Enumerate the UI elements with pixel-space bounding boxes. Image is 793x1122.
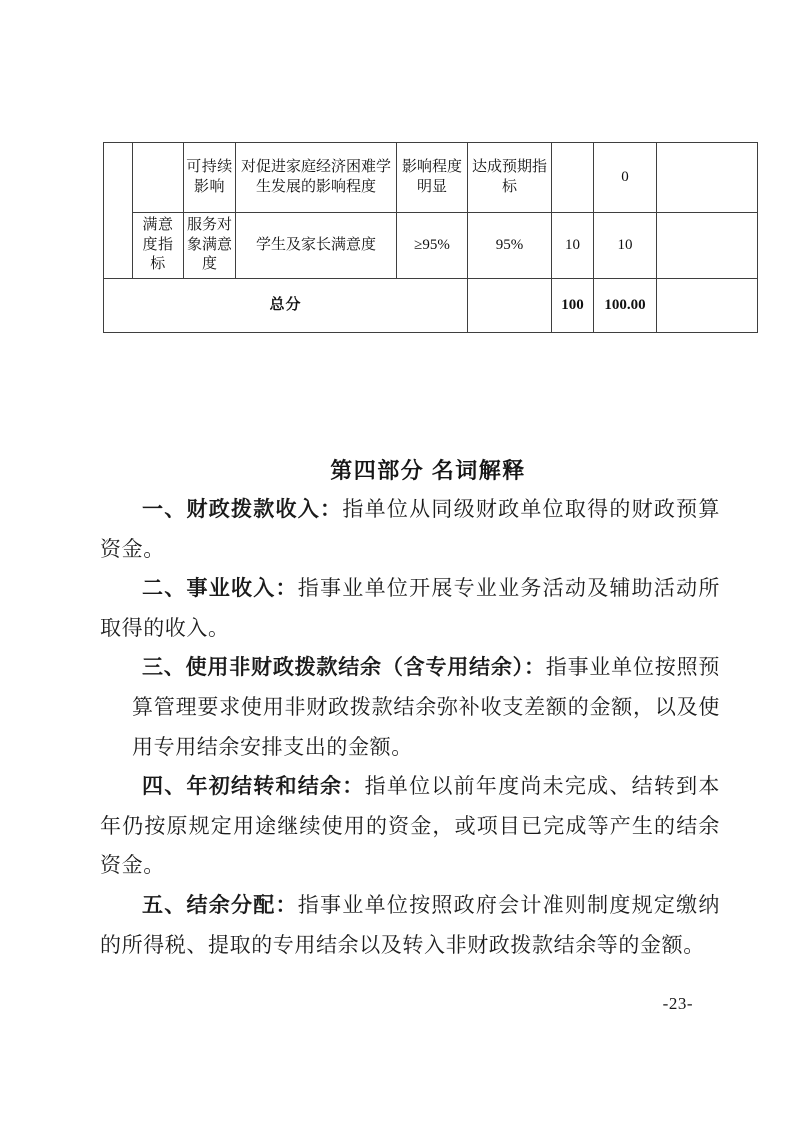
- cell-sustain-score: 0: [594, 143, 657, 213]
- cell-category-continuation: [104, 143, 133, 279]
- cell-total-weight: 100: [552, 279, 594, 333]
- cell-sustain-indicator: 可持续影响: [184, 143, 236, 213]
- cell-satisfaction-group: 满意度指标: [133, 213, 184, 279]
- cell-sustain-description: 对促进家庭经济困难学生发展的影响程度: [236, 143, 397, 213]
- table-row-total: 总分 100 100.00: [104, 279, 758, 333]
- term-4-label: 四、年初结转和结余：: [142, 774, 365, 798]
- term-2-label: 二、事业收入：: [142, 576, 298, 600]
- cell-sustain-weight-empty: [552, 143, 594, 213]
- cell-satisfaction-description: 学生及家长满意度: [236, 213, 397, 279]
- cell-group-empty: [133, 143, 184, 213]
- glossary-term-3: 三、使用非财政拨款结余（含专用结余）：指事业单位按照预算管理要求使用非财政拨款结…: [100, 648, 720, 767]
- cell-total-actual-empty: [468, 279, 552, 333]
- cell-satisfaction-indicator: 服务对象满意度: [184, 213, 236, 279]
- cell-satisfaction-target: ≥95%: [397, 213, 468, 279]
- glossary-term-4: 四、年初结转和结余：指单位以前年度尚未完成、结转到本年仍按原规定用途继续使用的资…: [100, 767, 720, 886]
- cell-sustain-actual: 达成预期指标: [468, 143, 552, 213]
- cell-total-note-empty: [657, 279, 758, 333]
- glossary-section-title: 第四部分 名词解释: [110, 454, 746, 485]
- cell-satisfaction-actual: 95%: [468, 213, 552, 279]
- document-page: 可持续影响 对促进家庭经济困难学生发展的影响程度 影响程度明显 达成预期指标 0…: [0, 0, 793, 1122]
- performance-score-table: 可持续影响 对促进家庭经济困难学生发展的影响程度 影响程度明显 达成预期指标 0…: [103, 142, 758, 333]
- cell-satisfaction-note-empty: [657, 213, 758, 279]
- table-row-satisfaction: 满意度指标 服务对象满意度 学生及家长满意度 ≥95% 95% 10 10: [104, 213, 758, 279]
- page-number: -23-: [663, 994, 693, 1014]
- cell-total-label: 总分: [104, 279, 468, 333]
- cell-total-score: 100.00: [594, 279, 657, 333]
- cell-satisfaction-score: 10: [594, 213, 657, 279]
- cell-sustain-target: 影响程度明显: [397, 143, 468, 213]
- glossary-term-5: 五、结余分配：指事业单位按照政府会计准则制度规定缴纳的所得税、提取的专用结余以及…: [100, 886, 720, 965]
- term-1-label: 一、财政拨款收入：: [142, 497, 342, 521]
- table-row-sustain: 可持续影响 对促进家庭经济困难学生发展的影响程度 影响程度明显 达成预期指标 0: [104, 143, 758, 213]
- term-3-label: 三、使用非财政拨款结余（含专用结余）：: [142, 655, 546, 679]
- glossary-term-1: 一、财政拨款收入：指单位从同级财政单位取得的财政预算资金。: [100, 490, 720, 569]
- term-5-label: 五、结余分配：: [142, 893, 298, 917]
- cell-sustain-note-empty: [657, 143, 758, 213]
- glossary-term-2: 二、事业收入：指事业单位开展专业业务活动及辅助活动所取得的收入。: [100, 569, 720, 648]
- glossary-section: 一、财政拨款收入：指单位从同级财政单位取得的财政预算资金。 二、事业收入：指事业…: [100, 490, 720, 965]
- cell-satisfaction-weight: 10: [552, 213, 594, 279]
